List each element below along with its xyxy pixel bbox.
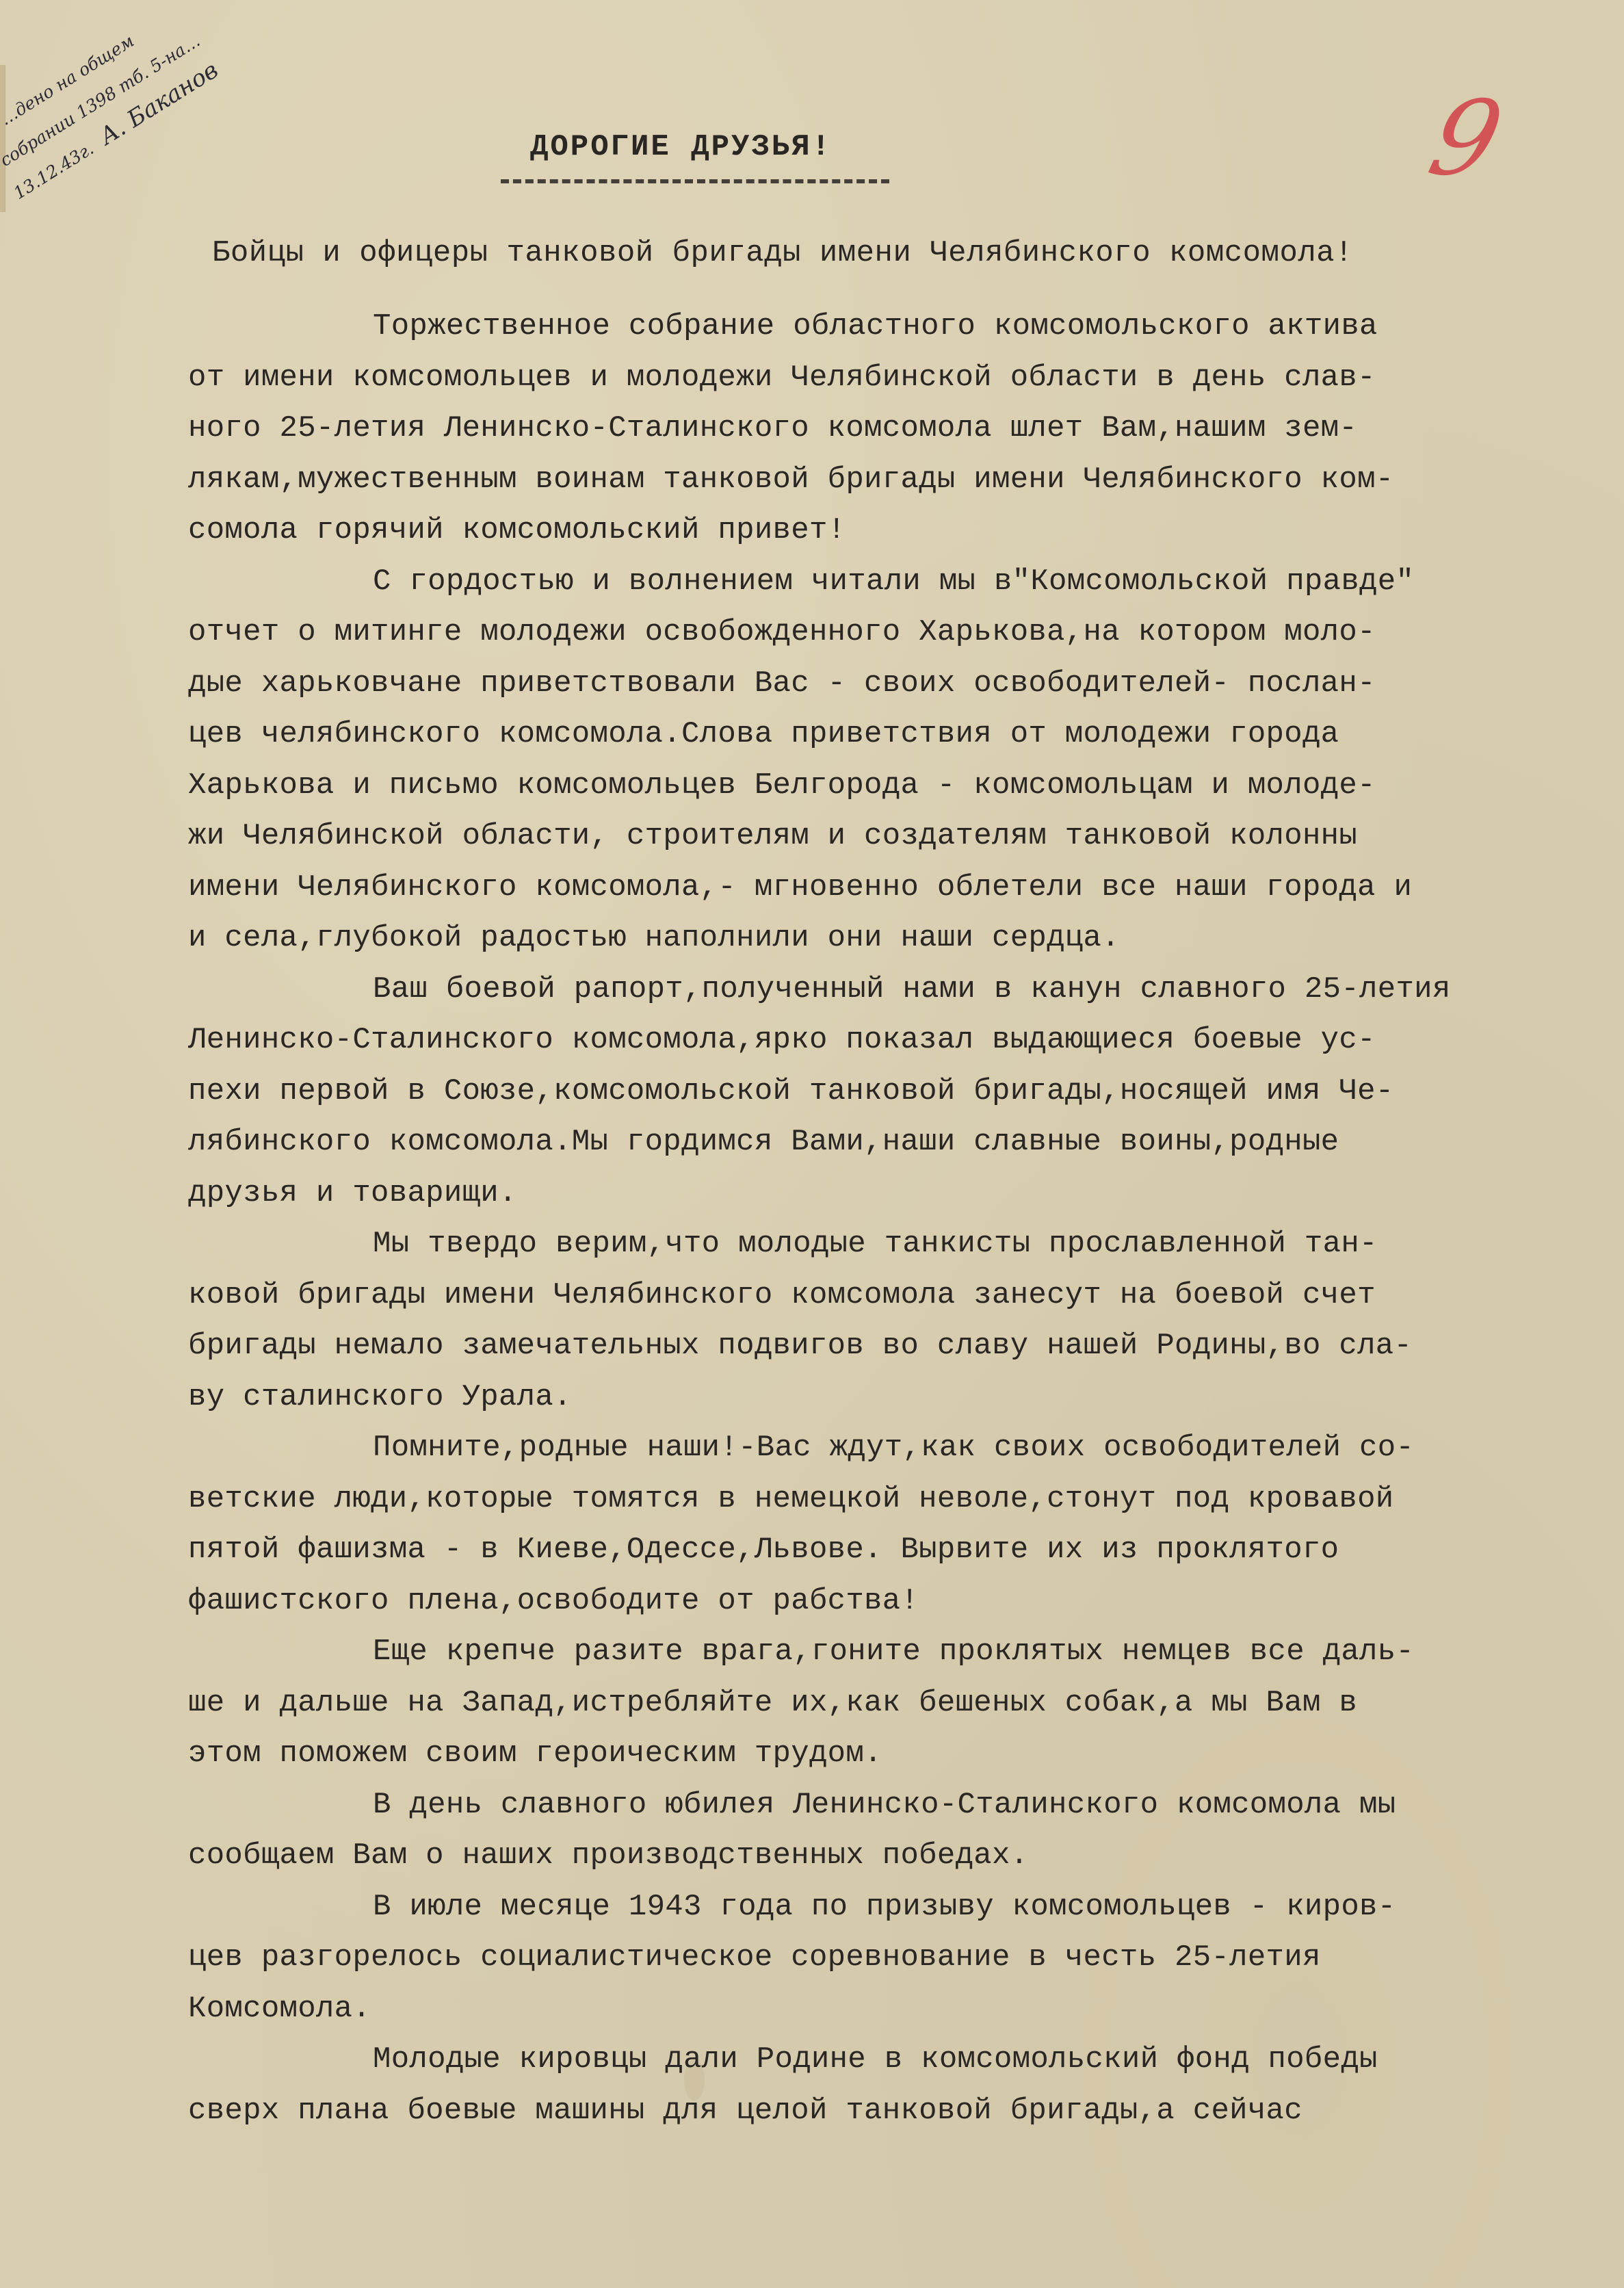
text-line: В день славного юбилея Ленинско-Сталинск… [188, 1780, 1618, 1831]
text-line: лябинского комсомола.Мы гордимся Вами,на… [188, 1117, 1618, 1168]
text-line: этом поможем своим героическим трудом. [188, 1728, 1618, 1780]
text-line: В июле месяце 1943 года по призыву комсо… [188, 1882, 1618, 1933]
text-line: цев разгорелось социалистическое соревно… [188, 1932, 1618, 1984]
paragraph-2: С гордостью и волнением читали мы в"Комс… [188, 556, 1618, 964]
text-line: и села,глубокой радостью наполнили они н… [188, 913, 1618, 964]
paragraph-8: В июле месяце 1943 года по призыву комсо… [188, 1882, 1618, 2035]
text-line: ше и дальше на Запад,истребляйте их,как … [188, 1678, 1618, 1729]
paragraph-1: Торжественное собрание областного комсом… [188, 301, 1618, 556]
text-line: имени Челябинского комсомола,- мгновенно… [188, 862, 1618, 913]
text-line: ву сталинского Урала. [188, 1372, 1618, 1423]
text-line: друзья и товарищи. [188, 1168, 1618, 1219]
text-line: сообщаем Вам о наших производственных по… [188, 1830, 1618, 1882]
text-line: цев челябинского комсомола.Слова приветс… [188, 709, 1618, 760]
text-line: ковой бригады имени Челябинского комсомо… [188, 1270, 1618, 1321]
text-line: Комсомола. [188, 1984, 1618, 2035]
text-line: от имени комсомольцев и молодежи Челябин… [188, 352, 1618, 404]
text-line: дые харьковчане приветствовали Вас - сво… [188, 658, 1618, 710]
text-line: отчет о митинге молодежи освобожденного … [188, 607, 1618, 658]
paragraph-4: Мы твердо верим,что молодые танкисты про… [188, 1219, 1618, 1422]
text-line: ного 25-летия Ленинско-Сталинского комсо… [188, 403, 1618, 454]
text-line: Мы твердо верим,что молодые танкисты про… [188, 1219, 1618, 1270]
text-line: лякам,мужественным воинам танковой брига… [188, 454, 1618, 506]
text-line: Ваш боевой рапорт,полученный нами в кану… [188, 964, 1618, 1015]
title-underline [501, 179, 889, 183]
text-line: бригады немало замечательных подвигов во… [188, 1321, 1618, 1372]
text-line: Еще крепче разите врага,гоните проклятых… [188, 1626, 1618, 1678]
paragraph-7: В день славного юбилея Ленинско-Сталинск… [188, 1780, 1618, 1882]
paragraph-3: Ваш боевой рапорт,полученный нами в кану… [188, 964, 1618, 1219]
text-line: ветские люди,которые томятся в немецкой … [188, 1474, 1618, 1525]
document-title: ДОРОГИЕ ДРУЗЬЯ! [530, 130, 832, 164]
handwritten-note: …дено на общем собрании 1398 тб. 5-на… 1… [7, 7, 226, 205]
text-line: жи Челябинской области, строителям и соз… [188, 811, 1618, 862]
text-line: С гордостью и волнением читали мы в"Комс… [188, 556, 1618, 608]
document-body: Торжественное собрание областного комсом… [188, 301, 1618, 2136]
binding-strip [0, 65, 5, 212]
text-line: Ленинско-Сталинского комсомола,ярко пока… [188, 1015, 1618, 1066]
text-line: пятой фашизма - в Киеве,Одессе,Львове. В… [188, 1524, 1618, 1576]
text-line: фашистского плена,освободите от рабства! [188, 1576, 1618, 1627]
text-line: сомола горячий комсомольский привет! [188, 505, 1618, 556]
text-line: Харькова и письмо комсомольцев Белгорода… [188, 760, 1618, 811]
paragraph-9: Молодые кировцы дали Родине в комсомольс… [188, 2034, 1618, 2136]
text-line: пехи первой в Союзе,комсомольской танков… [188, 1066, 1618, 1117]
paragraph-6: Еще крепче разите врага,гоните проклятых… [188, 1626, 1618, 1780]
text-line: сверх плана боевые машины для целой танк… [188, 2085, 1618, 2137]
text-line: Торжественное собрание областного комсом… [188, 301, 1618, 352]
text-line: Помните,родные наши!-Вас ждут,как своих … [188, 1422, 1618, 1474]
paragraph-5: Помните,родные наши!-Вас ждут,как своих … [188, 1422, 1618, 1626]
greeting-line: Бойцы и офицеры танковой бригады имени Ч… [212, 236, 1353, 270]
text-line: Молодые кировцы дали Родине в комсомольс… [188, 2034, 1618, 2085]
